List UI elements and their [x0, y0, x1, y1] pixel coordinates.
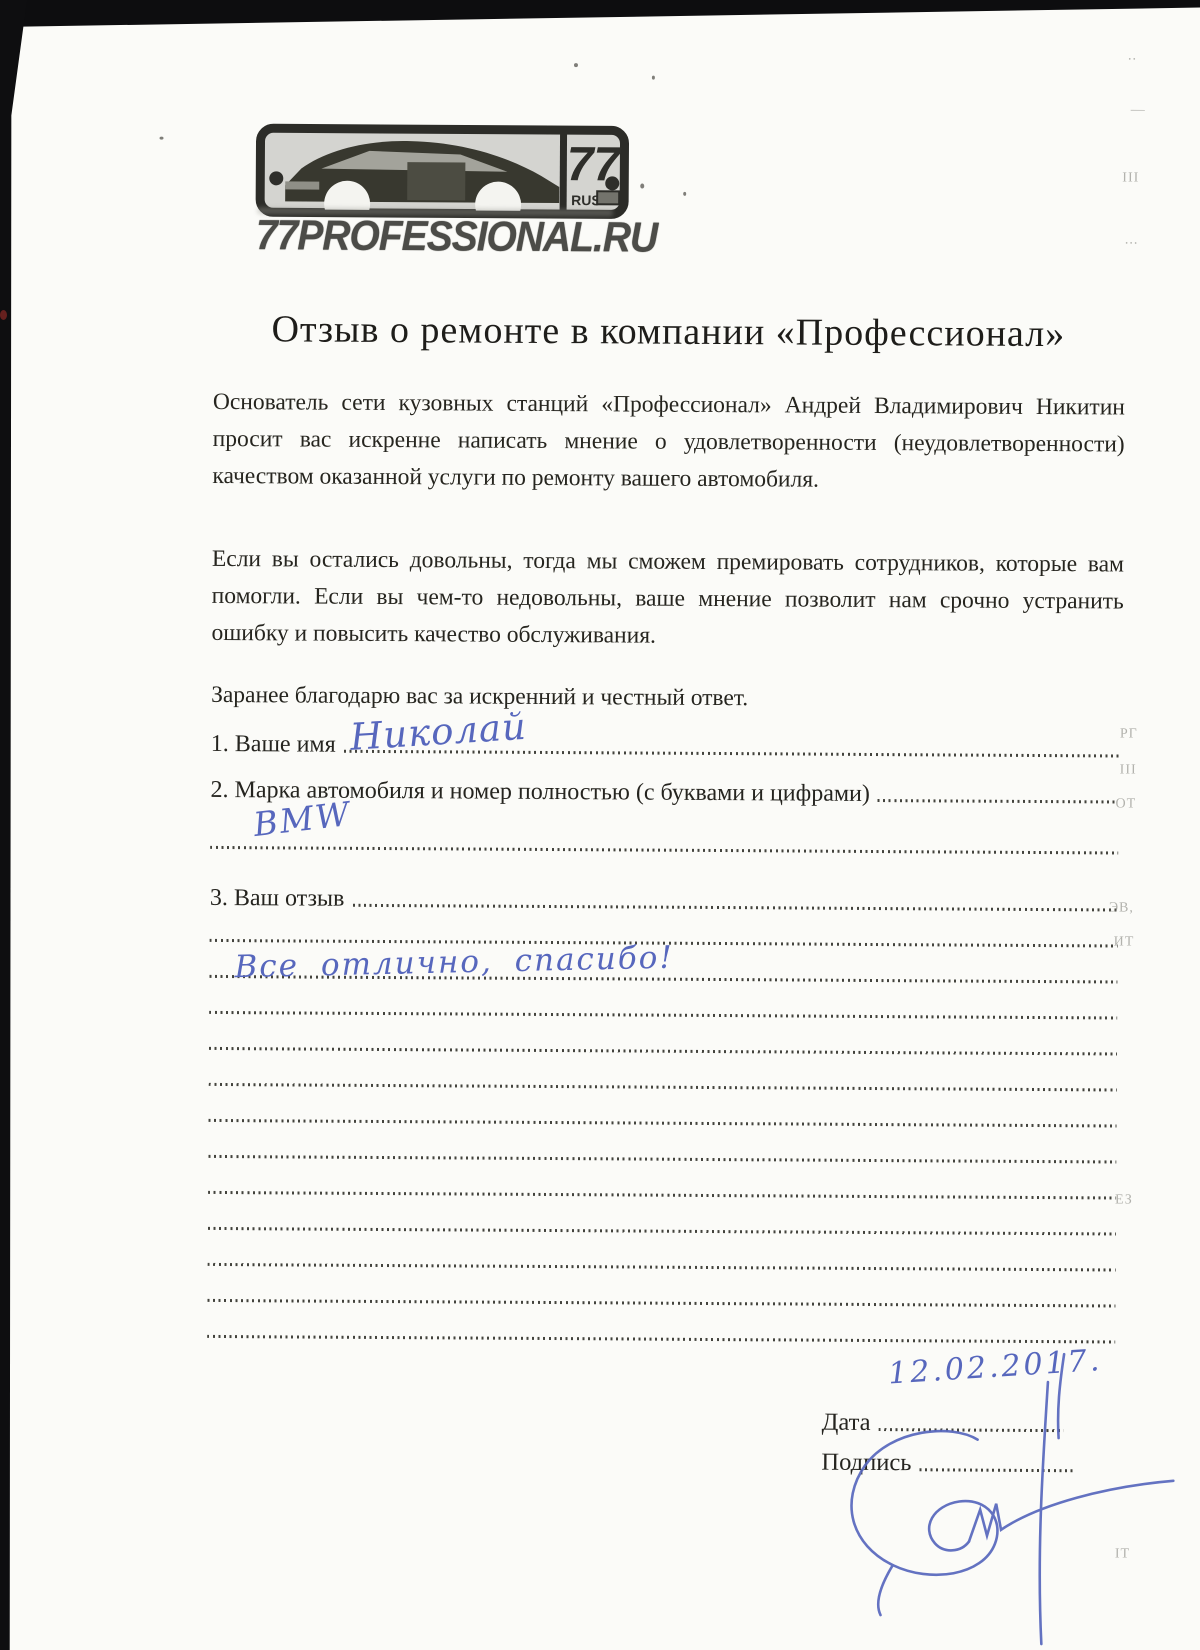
incentive-paragraph: Если вы остались довольны, тогда мы смож… — [211, 541, 1124, 658]
scan-speck — [652, 76, 655, 80]
thanks-paragraph: Заранее благодарю вас за искренний и чес… — [211, 677, 1123, 720]
answer-dotted-line — [209, 1119, 1117, 1128]
answer-dotted-line — [209, 1083, 1117, 1092]
scan-speck — [683, 192, 686, 196]
signature-stroke — [851, 1430, 998, 1575]
signature-stroke — [1039, 1382, 1048, 1644]
question-3-row: 3. Ваш отзыв — [210, 885, 1118, 918]
bleedthrough-fragment: .. — [1128, 49, 1137, 65]
bleedthrough-fragment: ІТ — [1115, 1546, 1130, 1562]
bleedthrough-fragment: ІІІ — [1122, 170, 1139, 186]
scan-speck — [574, 63, 578, 67]
form-title: Отзыв о ремонте в компании «Профессионал… — [213, 307, 1123, 357]
plate-bolt-right — [605, 176, 619, 190]
answer-dotted-line — [208, 1227, 1116, 1236]
company-logo-plate: 77 RUS — [255, 123, 630, 219]
bleedthrough-fragment: ОТ — [1115, 796, 1136, 812]
question-1-label: 1. Ваше имя — [211, 731, 336, 759]
handwritten-signature — [790, 1336, 1192, 1650]
answer-dotted-line — [209, 1047, 1117, 1056]
answer-dotted-line — [209, 1011, 1117, 1020]
answer-dotted-line — [878, 799, 1119, 803]
bleedthrough-fragment: ЭВ, — [1109, 900, 1134, 916]
answer-dotted-line — [208, 1155, 1116, 1164]
bleedthrough-fragment: ИТ — [1114, 934, 1135, 950]
scanned-feedback-form: 77 RUS 77PROFESSIONAL.RU Отзыв о ремонте… — [0, 0, 1200, 1650]
answer-dotted-line — [352, 904, 1117, 912]
signature-stroke — [969, 1480, 1173, 1543]
signature-stroke — [1058, 1354, 1064, 1438]
scan-speck-red — [0, 310, 7, 320]
bleedthrough-fragment: ІІІ — [1120, 762, 1137, 778]
plate-flag-icon — [597, 191, 619, 204]
answer-dotted-line — [208, 1191, 1116, 1200]
page-content: 77 RUS 77PROFESSIONAL.RU Отзыв о ремонте… — [0, 0, 1200, 1650]
bleedthrough-fragment: ... — [1125, 233, 1139, 249]
answer-dotted-line — [207, 1299, 1115, 1308]
answer-dotted-line — [210, 846, 1118, 855]
bleedthrough-fragment: РГ — [1120, 726, 1138, 742]
logo-wordmark: 77PROFESSIONAL.RU — [256, 212, 636, 262]
scan-speck — [160, 137, 164, 140]
scan-speck — [640, 184, 644, 189]
plate-bolt-left — [269, 171, 283, 185]
bleedthrough-fragment: ЕЗ — [1115, 1192, 1133, 1208]
signature-stroke — [878, 1565, 893, 1615]
answer-dotted-line — [208, 1263, 1116, 1272]
question-1-row: 1. Ваше имя — [211, 731, 1119, 764]
bleedthrough-fragment: — — [1131, 103, 1146, 119]
intro-paragraph: Основатель сети кузовных станций «Профес… — [212, 384, 1125, 501]
question-3-label: 3. Ваш отзыв — [210, 885, 345, 913]
